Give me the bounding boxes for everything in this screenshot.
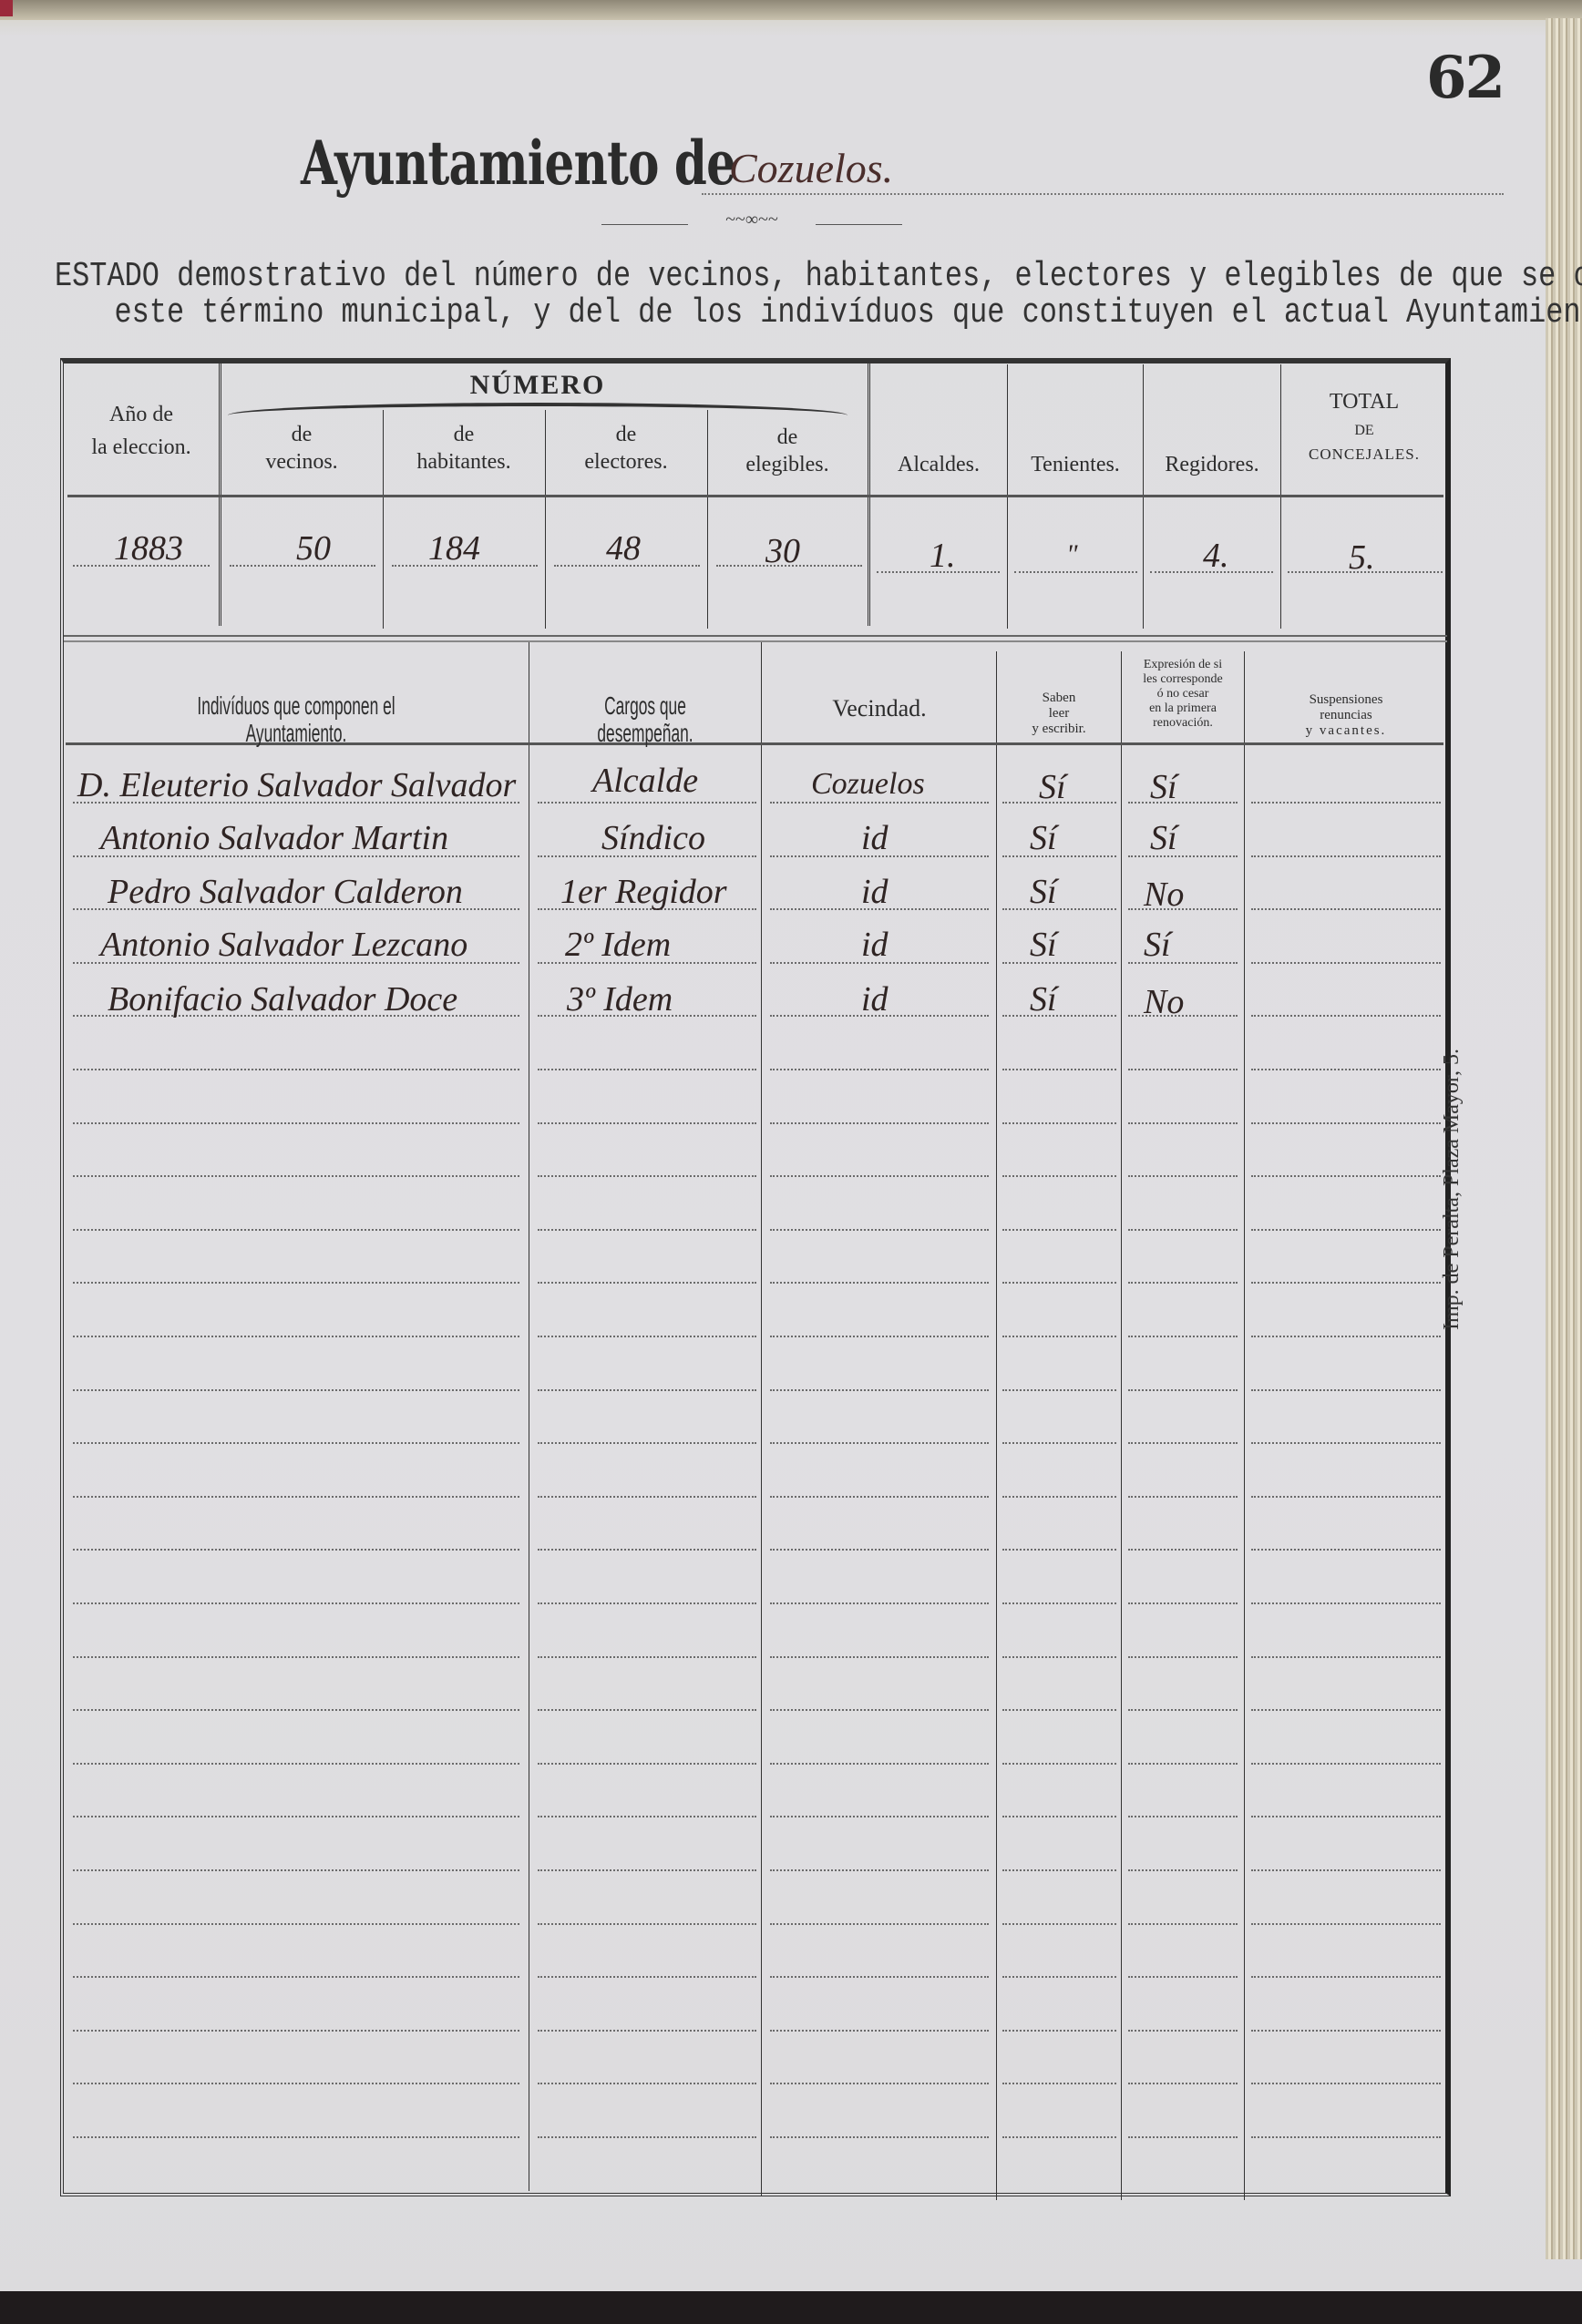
value-elegibles: 30: [765, 531, 800, 571]
value-year: 1883: [114, 528, 183, 568]
form-description: ESTADO demostrativo del número de vecino…: [55, 259, 1248, 332]
header-individuos: Indivíduos que componen el Ayuntamiento.: [153, 692, 439, 747]
header-cargos: Cargos que desempeñan.: [574, 692, 716, 747]
ornament-divider: ~~∞~~: [601, 217, 902, 231]
member-cesar: Sí: [1150, 818, 1177, 858]
page-number: 62: [1426, 44, 1504, 112]
header-vecindad: Vecindad.: [764, 695, 995, 722]
member-cesar: Sí: [1150, 767, 1177, 807]
header-year: Año dela eleccion.: [66, 401, 217, 461]
bookmark-ribbon: [0, 0, 13, 16]
member-cesar: No: [1144, 982, 1184, 1022]
member-saben: Sí: [1030, 925, 1057, 965]
member-saben: Sí: [1039, 767, 1066, 807]
header-regidores: Regidores.: [1145, 451, 1279, 478]
header-total-concejales: TOTAL DE CONCEJALES.: [1282, 388, 1446, 468]
value-total: 5.: [1349, 537, 1375, 578]
value-habitantes: 184: [428, 528, 480, 568]
ledger-page: 62 Ayuntamiento de Cozuelos. ~~∞~~ ESTAD…: [0, 0, 1582, 2324]
member-saben: Sí: [1030, 818, 1057, 858]
header-alcaldes: Alcaldes.: [871, 451, 1006, 478]
member-cargo: Síndico: [601, 818, 705, 858]
member-cargo: 2º Idem: [565, 925, 671, 965]
member-name: Antonio Salvador Martin: [100, 818, 448, 858]
header-saben: Sabenleery escribir.: [998, 691, 1120, 737]
printer-imprint: Imp. de Peralta, Plaza Mayor, 5.: [1440, 947, 1464, 1330]
book-bottom-shadow: [0, 2291, 1582, 2324]
member-cesar: Sí: [1144, 925, 1171, 965]
value-tenientes: ": [1066, 539, 1078, 570]
member-vecindad: id: [861, 925, 889, 965]
title-printed: Ayuntamiento de: [301, 128, 735, 199]
numero-group-header: NÚMERO: [392, 370, 683, 401]
member-name: Pedro Salvador Calderon: [108, 872, 463, 912]
member-saben: Sí: [1030, 872, 1057, 912]
member-name: Antonio Salvador Lezcano: [100, 925, 467, 965]
value-alcaldes: 1.: [930, 536, 956, 576]
header-vecinos: devecinos.: [222, 421, 381, 476]
page-top-edge: [0, 0, 1582, 20]
title-fill-line: [702, 193, 1504, 195]
title-municipality: Cozuelos.: [729, 144, 893, 192]
header-electores: deelectores.: [547, 421, 705, 476]
member-cargo: 1er Regidor: [560, 872, 727, 912]
member-name: Bonifacio Salvador Doce: [108, 979, 457, 1019]
page-stack-edge: [1546, 18, 1582, 2259]
member-vecindad: id: [861, 818, 889, 858]
member-saben: Sí: [1030, 979, 1057, 1019]
header-elegibles: deelegibles.: [709, 424, 866, 478]
member-vecindad: id: [861, 872, 889, 912]
value-electores: 48: [606, 528, 641, 568]
member-cargo: Alcalde: [592, 761, 698, 801]
member-cesar: No: [1144, 875, 1184, 915]
header-expresion: Expresión de siles correspondeó no cesar…: [1123, 658, 1243, 731]
header-tenientes: Tenientes.: [1009, 451, 1142, 478]
member-cargo: 3º Idem: [567, 979, 673, 1019]
description-line-2: este término municipal, y del de los ind…: [55, 295, 1248, 332]
value-vecinos: 50: [296, 528, 331, 568]
description-line-1: ESTADO demostrativo del número de vecino…: [55, 259, 1248, 295]
page-title: Ayuntamiento de Cozuelos.: [301, 128, 1212, 210]
member-vecindad: Cozuelos: [811, 767, 925, 802]
value-regidores: 4.: [1203, 536, 1229, 576]
header-habitantes: dehabitantes.: [385, 421, 543, 476]
form-table-frame: [60, 358, 1451, 2196]
header-suspensiones: Suspensionesrenunciasy vacantes.: [1246, 692, 1446, 739]
member-name: D. Eleuterio Salvador Salvador: [77, 765, 516, 805]
member-vecindad: id: [861, 979, 889, 1019]
